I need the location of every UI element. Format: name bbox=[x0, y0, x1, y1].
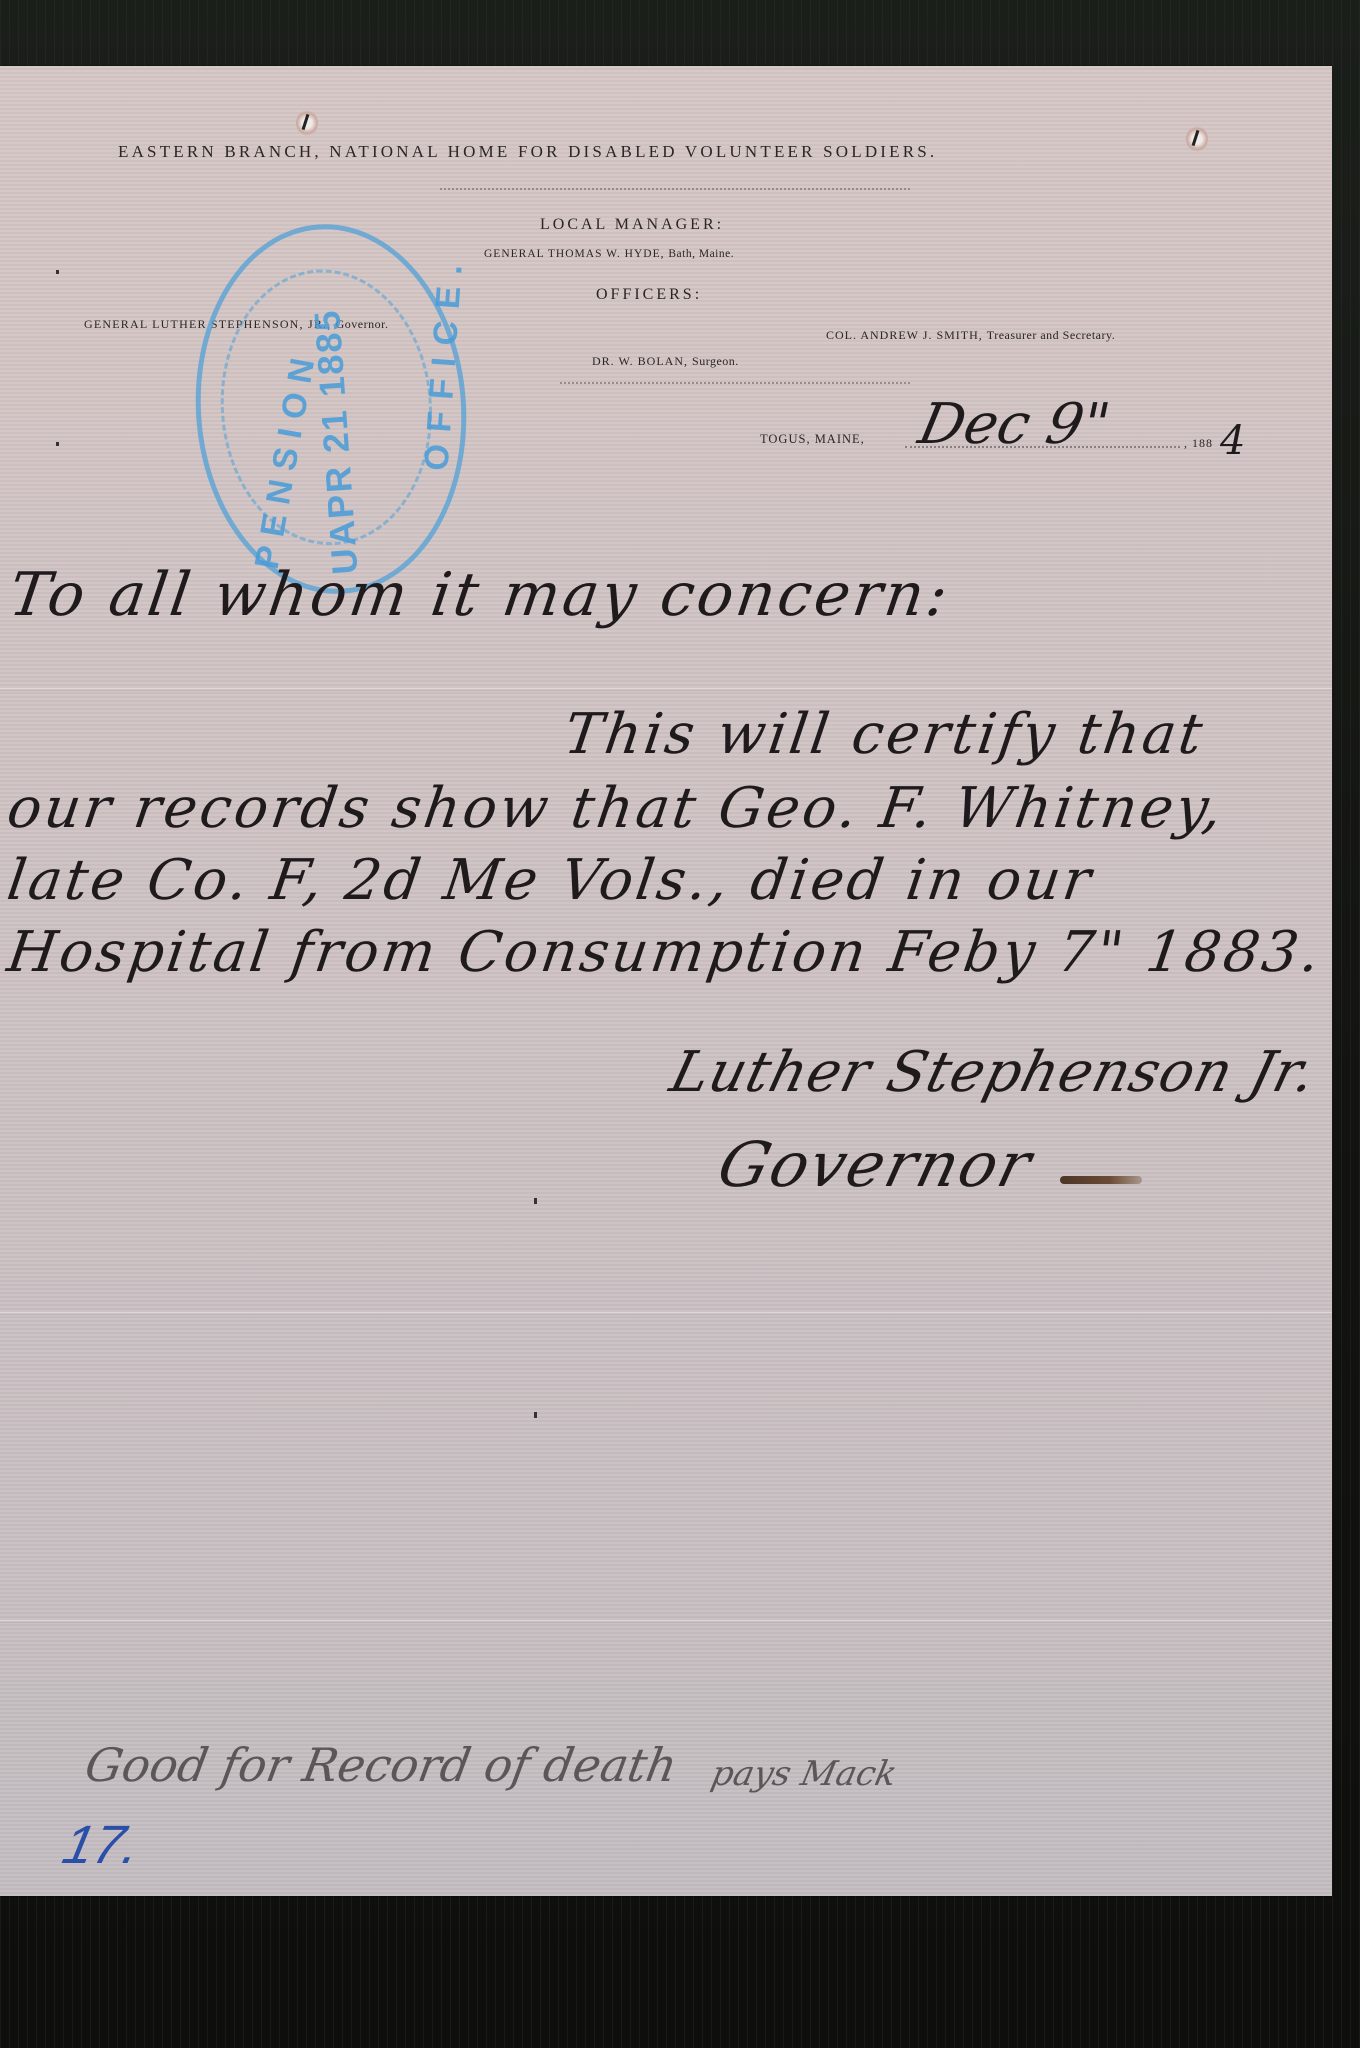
pencil-initials: pays Mack bbox=[708, 1754, 901, 1794]
local-manager-place: Bath, Maine. bbox=[668, 248, 734, 260]
punch-hole-icon bbox=[296, 110, 318, 136]
place-label: Togus, Maine, bbox=[760, 432, 865, 447]
handwritten-date: Dec 9" bbox=[913, 392, 1115, 457]
treasurer-name: Col. Andrew J. Smith, bbox=[826, 328, 983, 342]
body-line: late Co. F, 2d Me Vols., died in our bbox=[3, 848, 1097, 913]
surgeon-line: Dr. W. Bolan, Surgeon. bbox=[592, 354, 739, 369]
ornamental-rule bbox=[560, 382, 910, 388]
fold-line bbox=[0, 688, 1332, 691]
ink-speck bbox=[534, 1412, 537, 1418]
blue-page-number: 17. bbox=[57, 1814, 145, 1876]
stamp-arc-right: OFFICE. bbox=[417, 252, 471, 472]
body-line: Hospital from Consumption Feby 7" 1883. bbox=[3, 920, 1326, 985]
treasurer-role: Treasurer and Secretary. bbox=[987, 328, 1115, 342]
salutation: To all whom it may concern: bbox=[5, 560, 955, 630]
local-manager-name: General Thomas W. Hyde, bbox=[484, 248, 665, 260]
ink-smear bbox=[1060, 1176, 1142, 1184]
officers-heading: Officers: bbox=[596, 286, 702, 304]
ornamental-rule bbox=[440, 188, 910, 194]
surgeon-name: Dr. W. Bolan, bbox=[592, 354, 688, 368]
institution-heading: Eastern Branch, National Home for Disabl… bbox=[118, 142, 937, 162]
pencil-note: Good for Record of death bbox=[81, 1738, 681, 1792]
handwritten-year-digit: 4 bbox=[1220, 418, 1245, 464]
local-manager-heading: Local Manager: bbox=[540, 216, 724, 234]
punch-hole-icon bbox=[1186, 126, 1208, 152]
surgeon-role: Surgeon. bbox=[692, 354, 739, 368]
local-manager-line: General Thomas W. Hyde, Bath, Maine. bbox=[484, 248, 734, 260]
ink-speck bbox=[56, 270, 59, 274]
treasurer-line: Col. Andrew J. Smith, Treasurer and Secr… bbox=[826, 328, 1115, 343]
fold-line bbox=[0, 1620, 1332, 1623]
body-line: This will certify that bbox=[560, 702, 1209, 767]
signature: Luther Stephenson Jr. bbox=[664, 1040, 1323, 1105]
signature-title: Governor bbox=[711, 1128, 1040, 1201]
year-prefix: , 188 bbox=[1184, 436, 1213, 451]
ink-speck bbox=[534, 1198, 537, 1204]
body-line: our records show that Geo. F. Whitney, bbox=[3, 776, 1228, 841]
fold-line bbox=[0, 1312, 1332, 1315]
ink-speck bbox=[56, 442, 59, 446]
